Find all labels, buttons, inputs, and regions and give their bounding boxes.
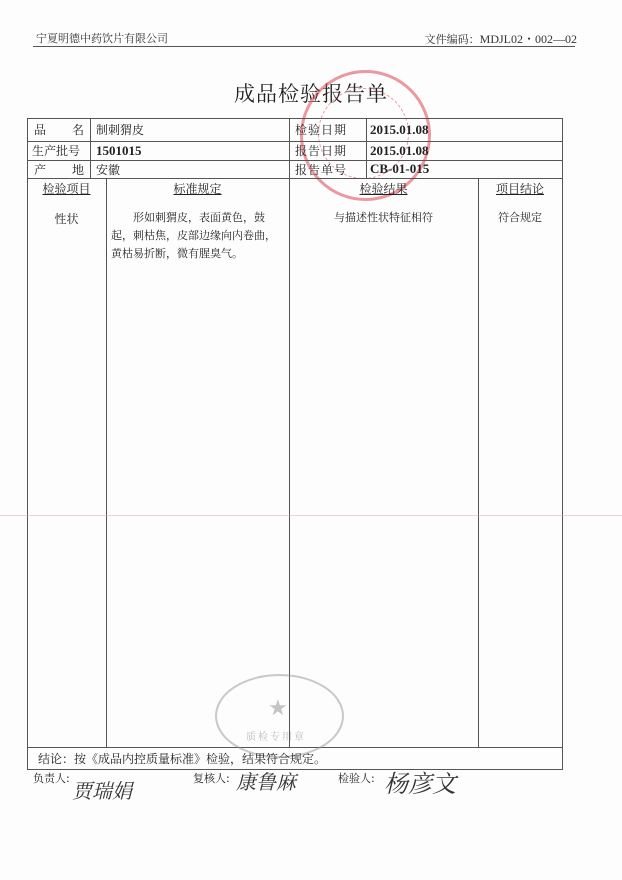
product-name-value: 制刺猬皮 bbox=[96, 118, 144, 141]
star-icon: ★ bbox=[268, 696, 288, 721]
inspect-date-value: 2015.01.08 bbox=[370, 118, 429, 141]
report-no-label: 报告单号 bbox=[295, 160, 347, 178]
report-date-label: 报告日期 bbox=[295, 141, 347, 160]
col-header-conclusion: 项目结论 bbox=[478, 180, 562, 197]
report-no-value: CB-01-015 bbox=[370, 160, 429, 178]
report-date-value: 2015.01.08 bbox=[370, 141, 429, 160]
scan-artifact-line bbox=[0, 515, 622, 516]
row-item: 性状 bbox=[27, 210, 106, 228]
batch-label: 生产批号 bbox=[32, 141, 80, 160]
origin-value: 安徽 bbox=[96, 160, 120, 178]
company-name: 宁夏明德中药饮片有限公司 bbox=[36, 30, 168, 46]
divider bbox=[27, 178, 562, 179]
doc-code: 文件编码：MDJL02・002—02 bbox=[425, 30, 577, 47]
col-header-item: 检验项目 bbox=[27, 180, 106, 197]
responsible-label: 负责人: bbox=[33, 770, 70, 786]
col-header-standard: 标准规定 bbox=[106, 180, 289, 197]
divider bbox=[90, 118, 91, 178]
doc-code-label: 文件编码： bbox=[425, 33, 480, 46]
row-standard: 形如刺猬皮，表面黄色，鼓起，刺枯焦，皮部边缘向内卷曲，黄枯易折断，微有腥臭气。 bbox=[111, 209, 286, 263]
inspect-date-label: 检验日期 bbox=[295, 118, 347, 141]
origin-label: 产地 bbox=[34, 160, 84, 178]
divider bbox=[366, 118, 367, 178]
responsible-signature: 贾瑞娟 bbox=[72, 775, 132, 804]
divider bbox=[106, 178, 107, 747]
reviewer-signature: 康鲁麻 bbox=[236, 766, 296, 795]
qc-seal-text: 质检专用章 bbox=[246, 728, 306, 743]
row-result: 与描述性状特征相符 bbox=[289, 209, 478, 227]
batch-value: 1501015 bbox=[96, 141, 142, 160]
product-name-label: 品名 bbox=[34, 118, 84, 141]
col-header-result: 检验结果 bbox=[289, 180, 478, 197]
doc-code-value: MDJL02・002—02 bbox=[480, 32, 577, 46]
row-conclusion: 符合规定 bbox=[478, 209, 562, 227]
divider bbox=[478, 178, 479, 747]
inspector-signature: 杨彦文 bbox=[384, 764, 456, 799]
reviewer-label: 复核人: bbox=[193, 770, 230, 786]
inspector-label: 检验人: bbox=[338, 770, 375, 786]
header-divider bbox=[33, 46, 575, 47]
